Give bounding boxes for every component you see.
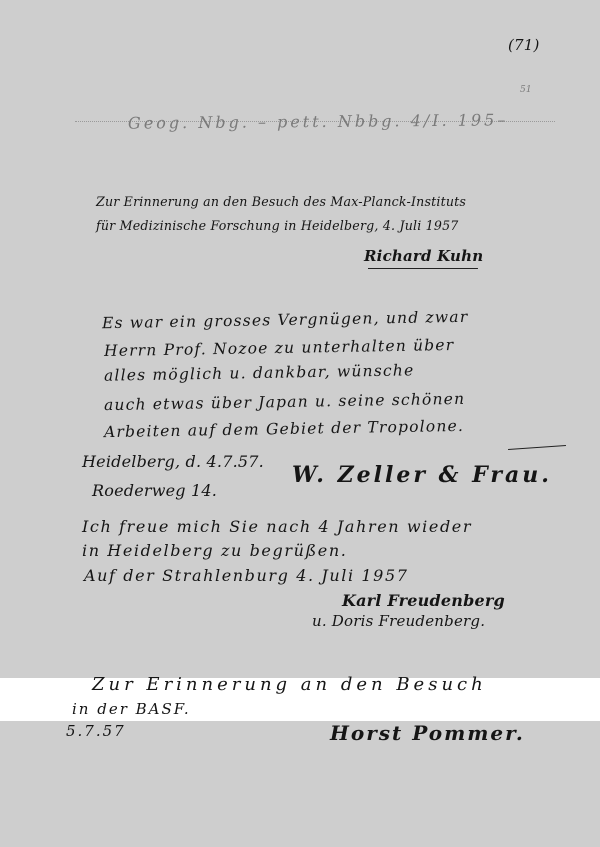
entry-line: Es war ein grosses Vergnügen, und zwar [102, 308, 469, 332]
signature-stroke [508, 445, 566, 450]
entry-line: Zur Erinnerung an den Besuch [92, 674, 487, 695]
entry-line: Herrn Prof. Nozoe zu unterhalten über [104, 336, 455, 360]
entry-line: auch etwas über Japan u. seine schönen [104, 390, 466, 414]
street-address: Roederweg 14. [92, 481, 217, 500]
entry-line: alles möglich u. dankbar, wünsche [104, 361, 415, 384]
signature-zeller: W. Zeller & Frau. [292, 462, 552, 488]
entry-line: Arbeiten auf dem Gebiet der Tropolone. [104, 417, 464, 441]
entry-line: Auf der Strahlenburg 4. Juli 1957 [84, 566, 409, 585]
archive-number: (71) [508, 36, 540, 54]
entry-line: in Heidelberg zu begrüßen. [82, 541, 347, 560]
entry-line: Zur Erinnerung an den Besuch des Max-Pla… [96, 194, 466, 209]
signature-doris-freudenberg: u. Doris Freudenberg. [312, 612, 485, 630]
guestbook-page: (71) 51 Geog. Nbg. – pett. Nbbg. 4/I. 19… [0, 0, 600, 847]
place-date: Heidelberg, d. 4.7.57. [82, 452, 264, 471]
entry-line: Ich freue mich Sie nach 4 Jahren wieder [82, 517, 472, 536]
signature-karl-freudenberg: Karl Freudenberg [342, 591, 505, 610]
catalog-annotation: Geog. Nbg. – pett. Nbbg. 4/I. 195– [128, 110, 508, 132]
signature-kuhn: Richard Kuhn [364, 247, 483, 265]
signature-flourish [368, 268, 478, 275]
signature-pommer: Horst Pommer. [330, 721, 525, 745]
entry-date: 5.7.57 [66, 722, 126, 740]
folio-number: 51 [520, 85, 532, 95]
entry-line: in der BASF. [72, 700, 191, 718]
entry-line: für Medizinische Forschung in Heidelberg… [96, 218, 459, 233]
